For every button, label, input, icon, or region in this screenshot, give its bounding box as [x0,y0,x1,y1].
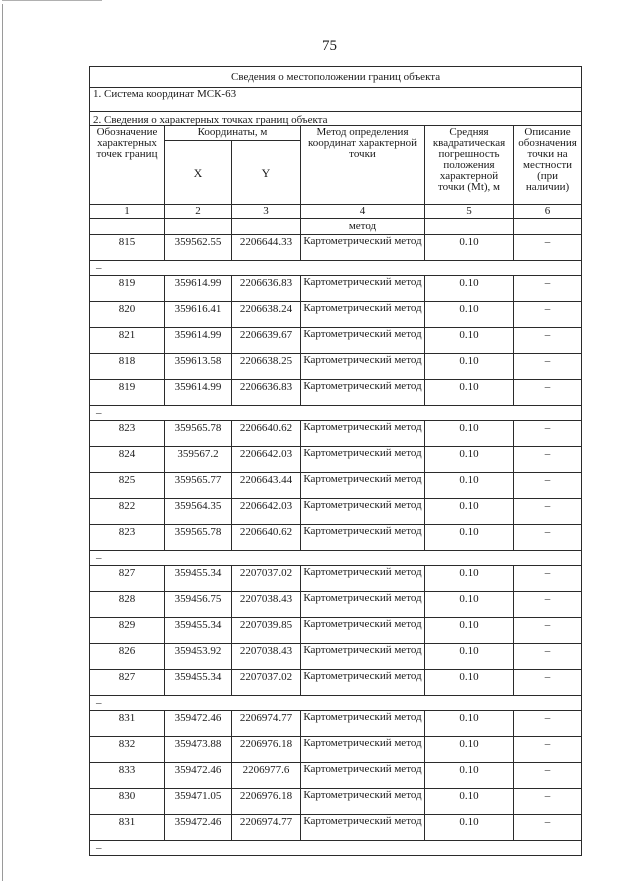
accuracy: 0.10 [425,354,514,380]
method: Картометрический метод [301,235,425,261]
scan-border-top [2,0,102,1]
point-number: 822 [90,499,165,525]
accuracy: 0.10 [425,276,514,302]
point-number: 831 [90,815,165,841]
header-method: Метод определения координат характерной … [301,126,425,205]
group-separator-row: – [90,261,582,276]
method: Картометрический метод [301,670,425,696]
coord-y: 2207037.02 [232,670,301,696]
method: Картометрический метод [301,499,425,525]
group-separator: – [90,696,582,711]
table-row: 832359473.882206976.18Картометрический м… [90,737,582,763]
description: – [514,354,582,380]
coord-y: 2206640.62 [232,525,301,551]
method: Картометрический метод [301,763,425,789]
accuracy: 0.10 [425,618,514,644]
coord-y: 2206642.03 [232,499,301,525]
coordinate-system-label: 1. Система координат МСК-63 [90,88,582,112]
accuracy: 0.10 [425,566,514,592]
method: Картометрический метод [301,380,425,406]
coord-x: 359473.88 [165,737,232,763]
coord-x: 359565.78 [165,421,232,447]
boundary-points-table: Сведения о местоположении границ объекта… [89,66,582,856]
method: Картометрический метод [301,525,425,551]
coord-x: 359613.58 [165,354,232,380]
table-row: 818359613.582206638.25Картометрический м… [90,354,582,380]
point-number: 832 [90,737,165,763]
description: – [514,328,582,354]
description: – [514,670,582,696]
group-separator: – [90,406,582,421]
column-number: 1 [90,205,165,219]
accuracy: 0.10 [425,644,514,670]
coord-y: 2206644.33 [232,235,301,261]
coord-x: 359472.46 [165,711,232,737]
header-point-designation: Обозначение характерных точек границ [90,126,165,205]
coord-x: 359616.41 [165,302,232,328]
table-row: 829359455.342207039.85Картометрический м… [90,618,582,644]
description: – [514,737,582,763]
method: Картометрический метод [301,618,425,644]
group-separator-row: – [90,696,582,711]
coord-x: 359565.78 [165,525,232,551]
accuracy: 0.10 [425,380,514,406]
point-number: 826 [90,644,165,670]
group-separator: – [90,551,582,566]
point-number: 818 [90,354,165,380]
header-coordinates: Координаты, м [165,126,301,141]
table-row: 820359616.412206638.24Картометрический м… [90,302,582,328]
group-separator-row: – [90,841,582,856]
table-row: 828359456.752207038.43Картометрический м… [90,592,582,618]
accuracy: 0.10 [425,473,514,499]
coord-y: 2206643.44 [232,473,301,499]
description: – [514,525,582,551]
description: – [514,447,582,473]
coord-x: 359472.46 [165,763,232,789]
header-accuracy: Средняя квадратическая погрешность полож… [425,126,514,205]
coord-x: 359564.35 [165,499,232,525]
description: – [514,566,582,592]
method: Картометрический метод [301,328,425,354]
coord-y: 2206977.6 [232,763,301,789]
coord-y: 2207038.43 [232,592,301,618]
table-row: 821359614.992206639.67Картометрический м… [90,328,582,354]
coord-y: 2206636.83 [232,380,301,406]
table-row: 823359565.782206640.62Картометрический м… [90,421,582,447]
description: – [514,421,582,447]
accuracy: 0.10 [425,815,514,841]
method: Картометрический метод [301,473,425,499]
coord-x: 359567.2 [165,447,232,473]
accuracy: 0.10 [425,789,514,815]
table-row: 830359471.052206976.18Картометрический м… [90,789,582,815]
accuracy: 0.10 [425,525,514,551]
table-row: 823359565.782206640.62Картометрический м… [90,525,582,551]
method: Картометрический метод [301,447,425,473]
group-separator-row: – [90,406,582,421]
description: – [514,473,582,499]
table-row: 831359472.462206974.77Картометрический м… [90,711,582,737]
point-number: 824 [90,447,165,473]
accuracy: 0.10 [425,302,514,328]
column-number: 2 [165,205,232,219]
table-row: 819359614.992206636.83Картометрический м… [90,380,582,406]
accuracy: 0.10 [425,447,514,473]
column-number: 3 [232,205,301,219]
coord-x: 359455.34 [165,670,232,696]
column-number: 6 [514,205,582,219]
page-number: 75 [18,38,623,55]
coord-y: 2206974.77 [232,711,301,737]
description: – [514,789,582,815]
continued-method-text: метод [301,219,425,235]
method: Картометрический метод [301,815,425,841]
accuracy: 0.10 [425,235,514,261]
accuracy: 0.10 [425,499,514,525]
header-y: Y [232,141,301,205]
description: – [514,235,582,261]
point-number: 827 [90,670,165,696]
header-x: X [165,141,232,205]
coord-y: 2207039.85 [232,618,301,644]
description: – [514,644,582,670]
point-number: 827 [90,566,165,592]
point-number: 815 [90,235,165,261]
point-number: 823 [90,525,165,551]
accuracy: 0.10 [425,592,514,618]
coord-y: 2206642.03 [232,447,301,473]
method: Картометрический метод [301,566,425,592]
table-row: 827359455.342207037.02Картометрический м… [90,670,582,696]
method: Картометрический метод [301,421,425,447]
table-row: 815 359562.55 2206644.33 Картометрически… [90,235,582,261]
coord-y: 2206974.77 [232,815,301,841]
description: – [514,276,582,302]
coord-x: 359472.46 [165,815,232,841]
method: Картометрический метод [301,592,425,618]
coord-x: 359455.34 [165,566,232,592]
coord-x: 359562.55 [165,235,232,261]
description: – [514,499,582,525]
accuracy: 0.10 [425,711,514,737]
method: Картометрический метод [301,354,425,380]
description: – [514,592,582,618]
accuracy: 0.10 [425,328,514,354]
group-separator: – [90,841,582,856]
description: – [514,302,582,328]
point-number: 833 [90,763,165,789]
coord-y: 2207037.02 [232,566,301,592]
coord-y: 2207038.43 [232,644,301,670]
method: Картометрический метод [301,302,425,328]
accuracy: 0.10 [425,763,514,789]
group-separator-row: – [90,551,582,566]
table-row: 827359455.342207037.02Картометрический м… [90,566,582,592]
description: – [514,618,582,644]
point-number: 828 [90,592,165,618]
point-number: 823 [90,421,165,447]
column-numbers-row: 1 2 3 4 5 6 [90,205,582,219]
coord-x: 359565.77 [165,473,232,499]
coord-y: 2206640.62 [232,421,301,447]
table-row: 824359567.22206642.03Картометрический ме… [90,447,582,473]
coord-y: 2206638.24 [232,302,301,328]
coord-x: 359456.75 [165,592,232,618]
point-number: 819 [90,380,165,406]
coord-x: 359614.99 [165,276,232,302]
table-row: 822359564.352206642.03Картометрический м… [90,499,582,525]
header-description: Описание обозначения точки на местности … [514,126,582,205]
coord-x: 359471.05 [165,789,232,815]
coord-x: 359455.34 [165,618,232,644]
method: Картометрический метод [301,711,425,737]
point-number: 831 [90,711,165,737]
accuracy: 0.10 [425,421,514,447]
accuracy: 0.10 [425,670,514,696]
description: – [514,380,582,406]
coord-y: 2206639.67 [232,328,301,354]
accuracy: 0.10 [425,737,514,763]
continued-row: метод [90,219,582,235]
table-row: 819359614.992206636.83Картометрический м… [90,276,582,302]
point-number: 825 [90,473,165,499]
coord-y: 2206976.18 [232,737,301,763]
method: Картометрический метод [301,789,425,815]
points-section-label: 2. Сведения о характерных точках границ … [90,116,582,126]
scan-border-left [2,4,3,881]
description: – [514,711,582,737]
coord-y: 2206976.18 [232,789,301,815]
coord-y: 2206638.25 [232,354,301,380]
table-row: 825359565.772206643.44Картометрический м… [90,473,582,499]
column-number: 4 [301,205,425,219]
table-title: Сведения о местоположении границ объекта [90,67,582,88]
method: Картометрический метод [301,737,425,763]
coord-x: 359614.99 [165,328,232,354]
column-number: 5 [425,205,514,219]
method: Картометрический метод [301,644,425,670]
method: Картометрический метод [301,276,425,302]
coord-y: 2206636.83 [232,276,301,302]
point-number: 829 [90,618,165,644]
point-number: 820 [90,302,165,328]
group-separator: – [90,261,582,276]
table-row: 831359472.462206974.77Картометрический м… [90,815,582,841]
coord-x: 359453.92 [165,644,232,670]
point-number: 821 [90,328,165,354]
description: – [514,815,582,841]
table-row: 833359472.462206977.6Картометрический ме… [90,763,582,789]
point-number: 819 [90,276,165,302]
point-number: 830 [90,789,165,815]
coord-x: 359614.99 [165,380,232,406]
description: – [514,763,582,789]
table-row: 826359453.922207038.43Картометрический м… [90,644,582,670]
